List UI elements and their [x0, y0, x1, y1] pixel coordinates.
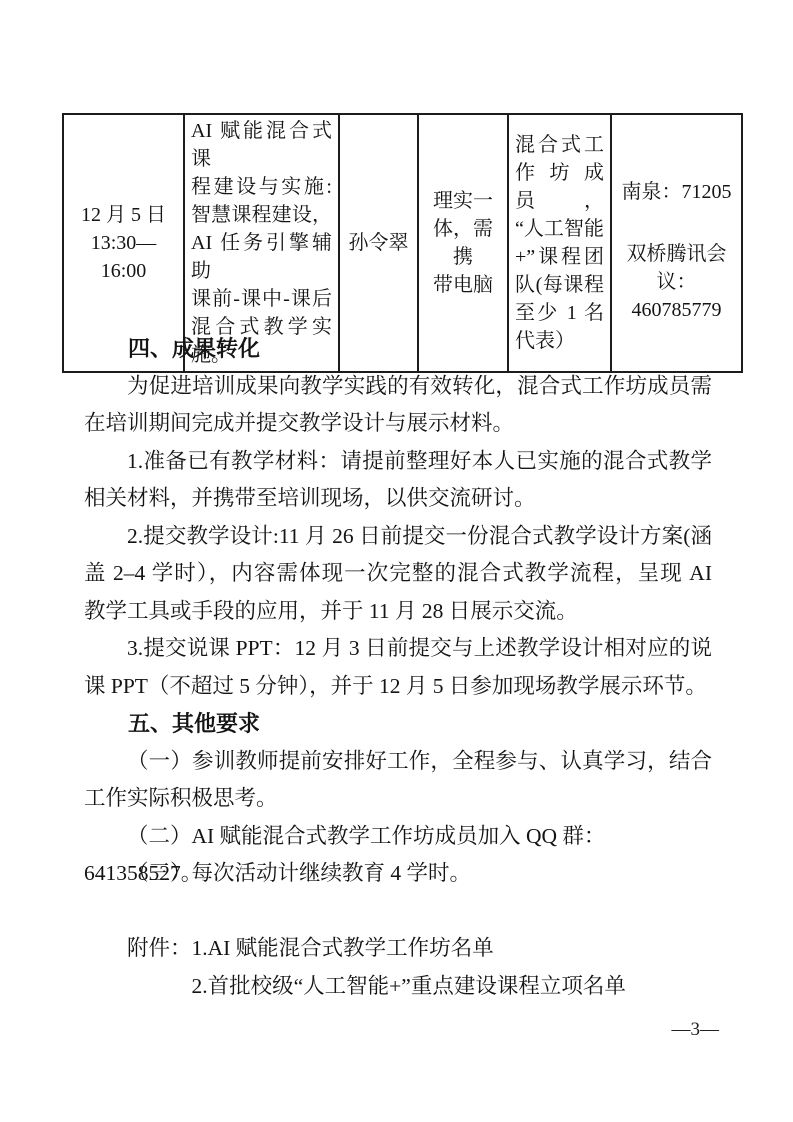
document-page: 12 月 5 日 13:30—16:00 AI 赋能混合式课 程建设与实施: 智…: [0, 0, 793, 1122]
location-meeting-id: 460785779: [618, 296, 735, 324]
participants-line: “人工智能: [515, 215, 604, 243]
topic-line: 课前-课中-课后: [191, 285, 332, 313]
format-line: 理实一: [425, 187, 501, 215]
body-line: （三）每次活动计继续教育 4 学时。: [84, 855, 712, 893]
topic-line: AI 赋能混合式课: [191, 117, 332, 173]
location-room: 南泉：71205: [618, 178, 735, 206]
topic-line: AI 任务引擎辅助: [191, 229, 332, 285]
session-date: 12 月 5 日: [70, 201, 177, 229]
topic-line: 程建设与实施:: [191, 173, 332, 201]
body-line: 盖 2–4 学时），内容需体现一次完整的混合式教学流程，呈现 AI: [84, 555, 712, 593]
document-body: 四、成果转化 为促进培训成果向教学实践的有效转化，混合式工作坊成员需 在培训期间…: [84, 330, 712, 1005]
page-number: —3—: [672, 1018, 720, 1042]
body-line: 为促进培训成果向教学实践的有效转化，混合式工作坊成员需: [84, 368, 712, 406]
body-line: （一）参训教师提前安排好工作，全程参与、认真学习，结合: [84, 743, 712, 781]
attachment-line-2: 2.首批校级“人工智能+”重点建设课程立项名单: [84, 968, 712, 1006]
body-line: （二）AI 赋能混合式教学工作坊成员加入 QQ 群：641358527。: [84, 818, 712, 856]
location-meeting-label: 双桥腾讯会议：: [618, 240, 735, 296]
attachment-line-1: 附件：1.AI 赋能混合式教学工作坊名单: [84, 930, 712, 968]
instructor-name: 孙令翠: [346, 229, 411, 257]
body-line: 在培训期间完成并提交教学设计与展示材料。: [84, 405, 712, 443]
topic-line: 智慧课程建设，: [191, 201, 332, 229]
participants-line: +”课程团: [515, 243, 604, 271]
section-heading-4: 四、成果转化: [84, 330, 712, 368]
format-line: 体，需携: [425, 215, 501, 271]
participants-line: 混合式工: [515, 131, 604, 159]
blank-line: [84, 893, 712, 931]
body-line: 3.提交说课 PPT：12 月 3 日前提交与上述教学设计相对应的说: [84, 630, 712, 668]
body-line: 1.准备已有教学材料：请提前整理好本人已实施的混合式教学: [84, 443, 712, 481]
body-line: 工作实际积极思考。: [84, 780, 712, 818]
format-line: 带电脑: [425, 271, 501, 299]
body-line: 相关材料，并携带至培训现场，以供交流研讨。: [84, 480, 712, 518]
body-line: 教学工具或手段的应用，并于 11 月 28 日展示交流。: [84, 593, 712, 631]
body-line: 课 PPT（不超过 5 分钟），并于 12 月 5 日参加现场教学展示环节。: [84, 668, 712, 706]
body-line: 2.提交教学设计:11 月 26 日前提交一份混合式教学设计方案(涵: [84, 518, 712, 556]
participants-line: 至少 1 名: [515, 299, 604, 327]
participants-line: 作坊成员，: [515, 159, 604, 215]
participants-line: 队(每课程: [515, 271, 604, 299]
section-heading-5: 五、其他要求: [84, 705, 712, 743]
session-time: 13:30—16:00: [70, 229, 177, 285]
